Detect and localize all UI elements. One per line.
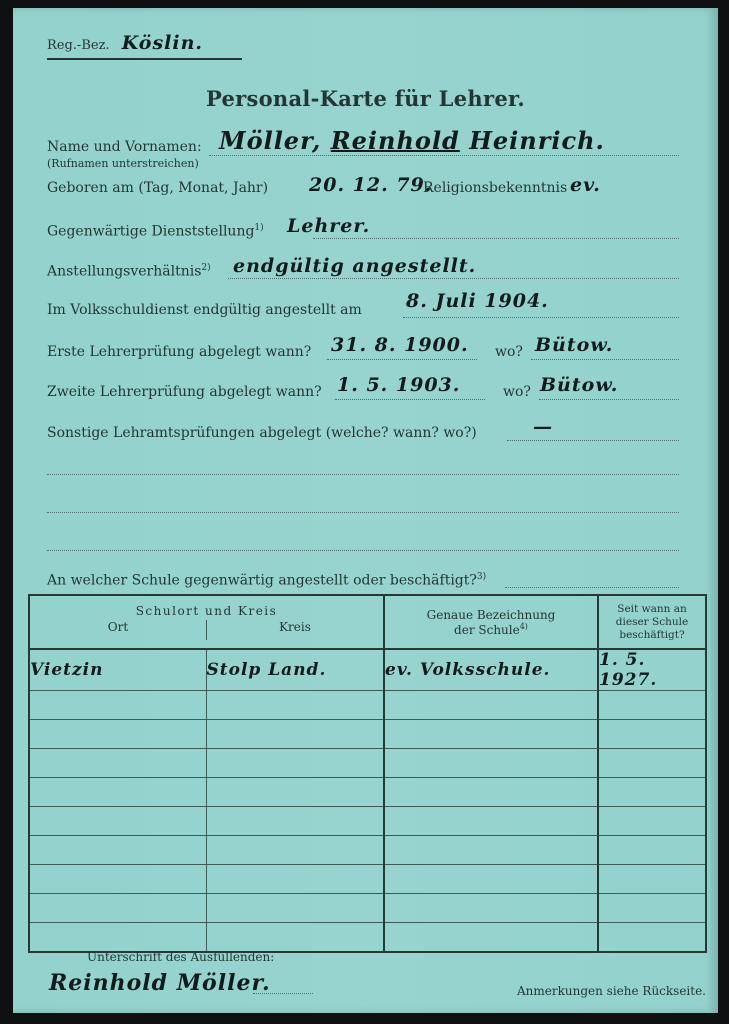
ort-cell bbox=[29, 691, 206, 720]
anstellung-value: endgültig angestellt. bbox=[233, 255, 476, 277]
kreis-column-header: Kreis bbox=[207, 620, 383, 640]
schule-cell bbox=[384, 749, 598, 778]
schule-cell bbox=[384, 691, 598, 720]
geboren-value: 20. 12. 79. bbox=[309, 174, 432, 196]
schule-question-dotline bbox=[505, 587, 679, 588]
footer-note: Anmerkungen siehe Rückseite. bbox=[517, 984, 706, 998]
zweite-pruefung-label: Zweite Lehrerprüfung abgelegt wann? bbox=[47, 384, 322, 400]
seit-cell bbox=[598, 807, 706, 836]
schule-cell: ev. Volksschule. bbox=[384, 649, 598, 691]
surname-value: Möller, bbox=[219, 126, 321, 155]
ort-cell bbox=[29, 865, 206, 894]
rufname-value: Reinhold bbox=[331, 126, 460, 155]
seit-cell bbox=[598, 894, 706, 923]
schulort-kreis-header: Schulort und Kreis Ort Kreis bbox=[29, 595, 384, 649]
schule-column-header: Genaue Bezeichnung der Schule4) bbox=[384, 595, 598, 649]
sonstige-dotline bbox=[507, 440, 679, 441]
erste-where-label: wo? bbox=[495, 344, 523, 360]
sonstige-extra-line-3 bbox=[47, 550, 679, 551]
schule-cell bbox=[384, 923, 598, 953]
ort-cell bbox=[29, 749, 206, 778]
sonstige-extra-line-1 bbox=[47, 474, 679, 475]
erste-when-dotline bbox=[327, 359, 477, 360]
schule-cell bbox=[384, 720, 598, 749]
ort-column-header: Ort bbox=[30, 620, 207, 640]
seit-cell bbox=[598, 836, 706, 865]
reg-bez-field: Reg.-Bez. Köslin. bbox=[47, 32, 203, 54]
seit-cell: 1. 5. 1927. bbox=[598, 649, 706, 691]
kreis-cell bbox=[206, 865, 384, 894]
volksschuldienst-value: 8. Juli 1904. bbox=[406, 290, 549, 312]
table-row bbox=[29, 691, 706, 720]
ort-cell bbox=[29, 807, 206, 836]
seit-cell bbox=[598, 923, 706, 953]
kreis-cell bbox=[206, 807, 384, 836]
schule-cell bbox=[384, 778, 598, 807]
name-label: Name und Vornamen: bbox=[47, 139, 202, 155]
dienststellung-label: Gegenwärtige Dienststellung1) bbox=[47, 223, 264, 240]
religion-label: Religionsbekenntnis bbox=[423, 180, 567, 196]
reg-bez-underline bbox=[47, 58, 242, 60]
seit-cell bbox=[598, 865, 706, 894]
table-row bbox=[29, 778, 706, 807]
page-title: Personal-Karte für Lehrer. bbox=[13, 86, 718, 111]
other-name-value: Heinrich. bbox=[469, 126, 605, 155]
sonstige-extra-line-2 bbox=[47, 512, 679, 513]
table-row bbox=[29, 894, 706, 923]
zweite-pruefung-when: 1. 5. 1903. bbox=[337, 374, 460, 396]
dienststellung-value: Lehrer. bbox=[287, 215, 370, 237]
schule-question-label: An welcher Schule gegenwärtig angestellt… bbox=[47, 572, 486, 589]
dienststellung-dotline bbox=[313, 238, 679, 239]
sonstige-value: — bbox=[533, 416, 553, 438]
table-row: Vietzin Stolp Land. ev. Volksschule. 1. … bbox=[29, 649, 706, 691]
table-row bbox=[29, 865, 706, 894]
schule-cell bbox=[384, 894, 598, 923]
ort-cell bbox=[29, 778, 206, 807]
erste-pruefung-where: Bütow. bbox=[535, 334, 613, 356]
zweite-when-dotline bbox=[335, 399, 485, 400]
zweite-where-label: wo? bbox=[503, 384, 531, 400]
ort-cell bbox=[29, 836, 206, 865]
kreis-cell bbox=[206, 836, 384, 865]
anstellung-label: Anstellungsverhältnis2) bbox=[47, 263, 211, 280]
reg-bez-value: Köslin. bbox=[122, 32, 203, 54]
table-row bbox=[29, 923, 706, 953]
zweite-pruefung-where: Bütow. bbox=[540, 374, 618, 396]
school-table-header: Schulort und Kreis Ort Kreis Genaue Beze… bbox=[29, 595, 706, 649]
table-row bbox=[29, 836, 706, 865]
kreis-cell bbox=[206, 720, 384, 749]
kreis-cell bbox=[206, 894, 384, 923]
table-row bbox=[29, 749, 706, 778]
ort-cell bbox=[29, 720, 206, 749]
name-dotline bbox=[209, 155, 679, 156]
table-row bbox=[29, 720, 706, 749]
volksschuldienst-label: Im Volksschuldienst endgültig angestellt… bbox=[47, 302, 362, 318]
ort-cell bbox=[29, 894, 206, 923]
name-sublabel: (Rufnamen unterstreichen) bbox=[47, 157, 199, 170]
kreis-cell bbox=[206, 778, 384, 807]
table-row bbox=[29, 807, 706, 836]
zweite-where-dotline bbox=[539, 399, 679, 400]
seit-cell bbox=[598, 778, 706, 807]
erste-pruefung-label: Erste Lehrerprüfung abgelegt wann? bbox=[47, 344, 311, 360]
seit-cell bbox=[598, 691, 706, 720]
sonstige-label: Sonstige Lehramtsprüfungen abgelegt (wel… bbox=[47, 425, 477, 441]
volksschuldienst-dotline bbox=[403, 317, 679, 318]
ort-cell: Vietzin bbox=[29, 649, 206, 691]
signature-dotline bbox=[253, 993, 313, 994]
signature-label: Unterschrift des Ausfüllenden: bbox=[87, 950, 274, 964]
seit-cell bbox=[598, 749, 706, 778]
personal-card: Reg.-Bez. Köslin. Personal-Karte für Leh… bbox=[13, 8, 718, 1013]
kreis-cell bbox=[206, 923, 384, 953]
schulort-group-label: Schulort und Kreis bbox=[30, 604, 383, 620]
name-value: Möller, Reinhold Heinrich. bbox=[219, 126, 605, 155]
school-table: Schulort und Kreis Ort Kreis Genaue Beze… bbox=[28, 594, 707, 953]
seit-column-header: Seit wann an dieser Schule beschäftigt? bbox=[598, 595, 706, 649]
religion-value: ev. bbox=[570, 174, 601, 196]
seit-cell bbox=[598, 720, 706, 749]
signature-value: Reinhold Möller. bbox=[49, 970, 271, 996]
kreis-cell bbox=[206, 749, 384, 778]
schule-cell bbox=[384, 865, 598, 894]
kreis-cell bbox=[206, 691, 384, 720]
schule-cell bbox=[384, 836, 598, 865]
anstellung-dotline bbox=[228, 278, 679, 279]
ort-cell bbox=[29, 923, 206, 953]
reg-bez-label: Reg.-Bez. bbox=[47, 38, 110, 53]
geboren-label: Geboren am (Tag, Monat, Jahr) bbox=[47, 180, 268, 196]
erste-where-dotline bbox=[531, 359, 679, 360]
schule-cell bbox=[384, 807, 598, 836]
kreis-cell: Stolp Land. bbox=[206, 649, 384, 691]
erste-pruefung-when: 31. 8. 1900. bbox=[331, 334, 469, 356]
